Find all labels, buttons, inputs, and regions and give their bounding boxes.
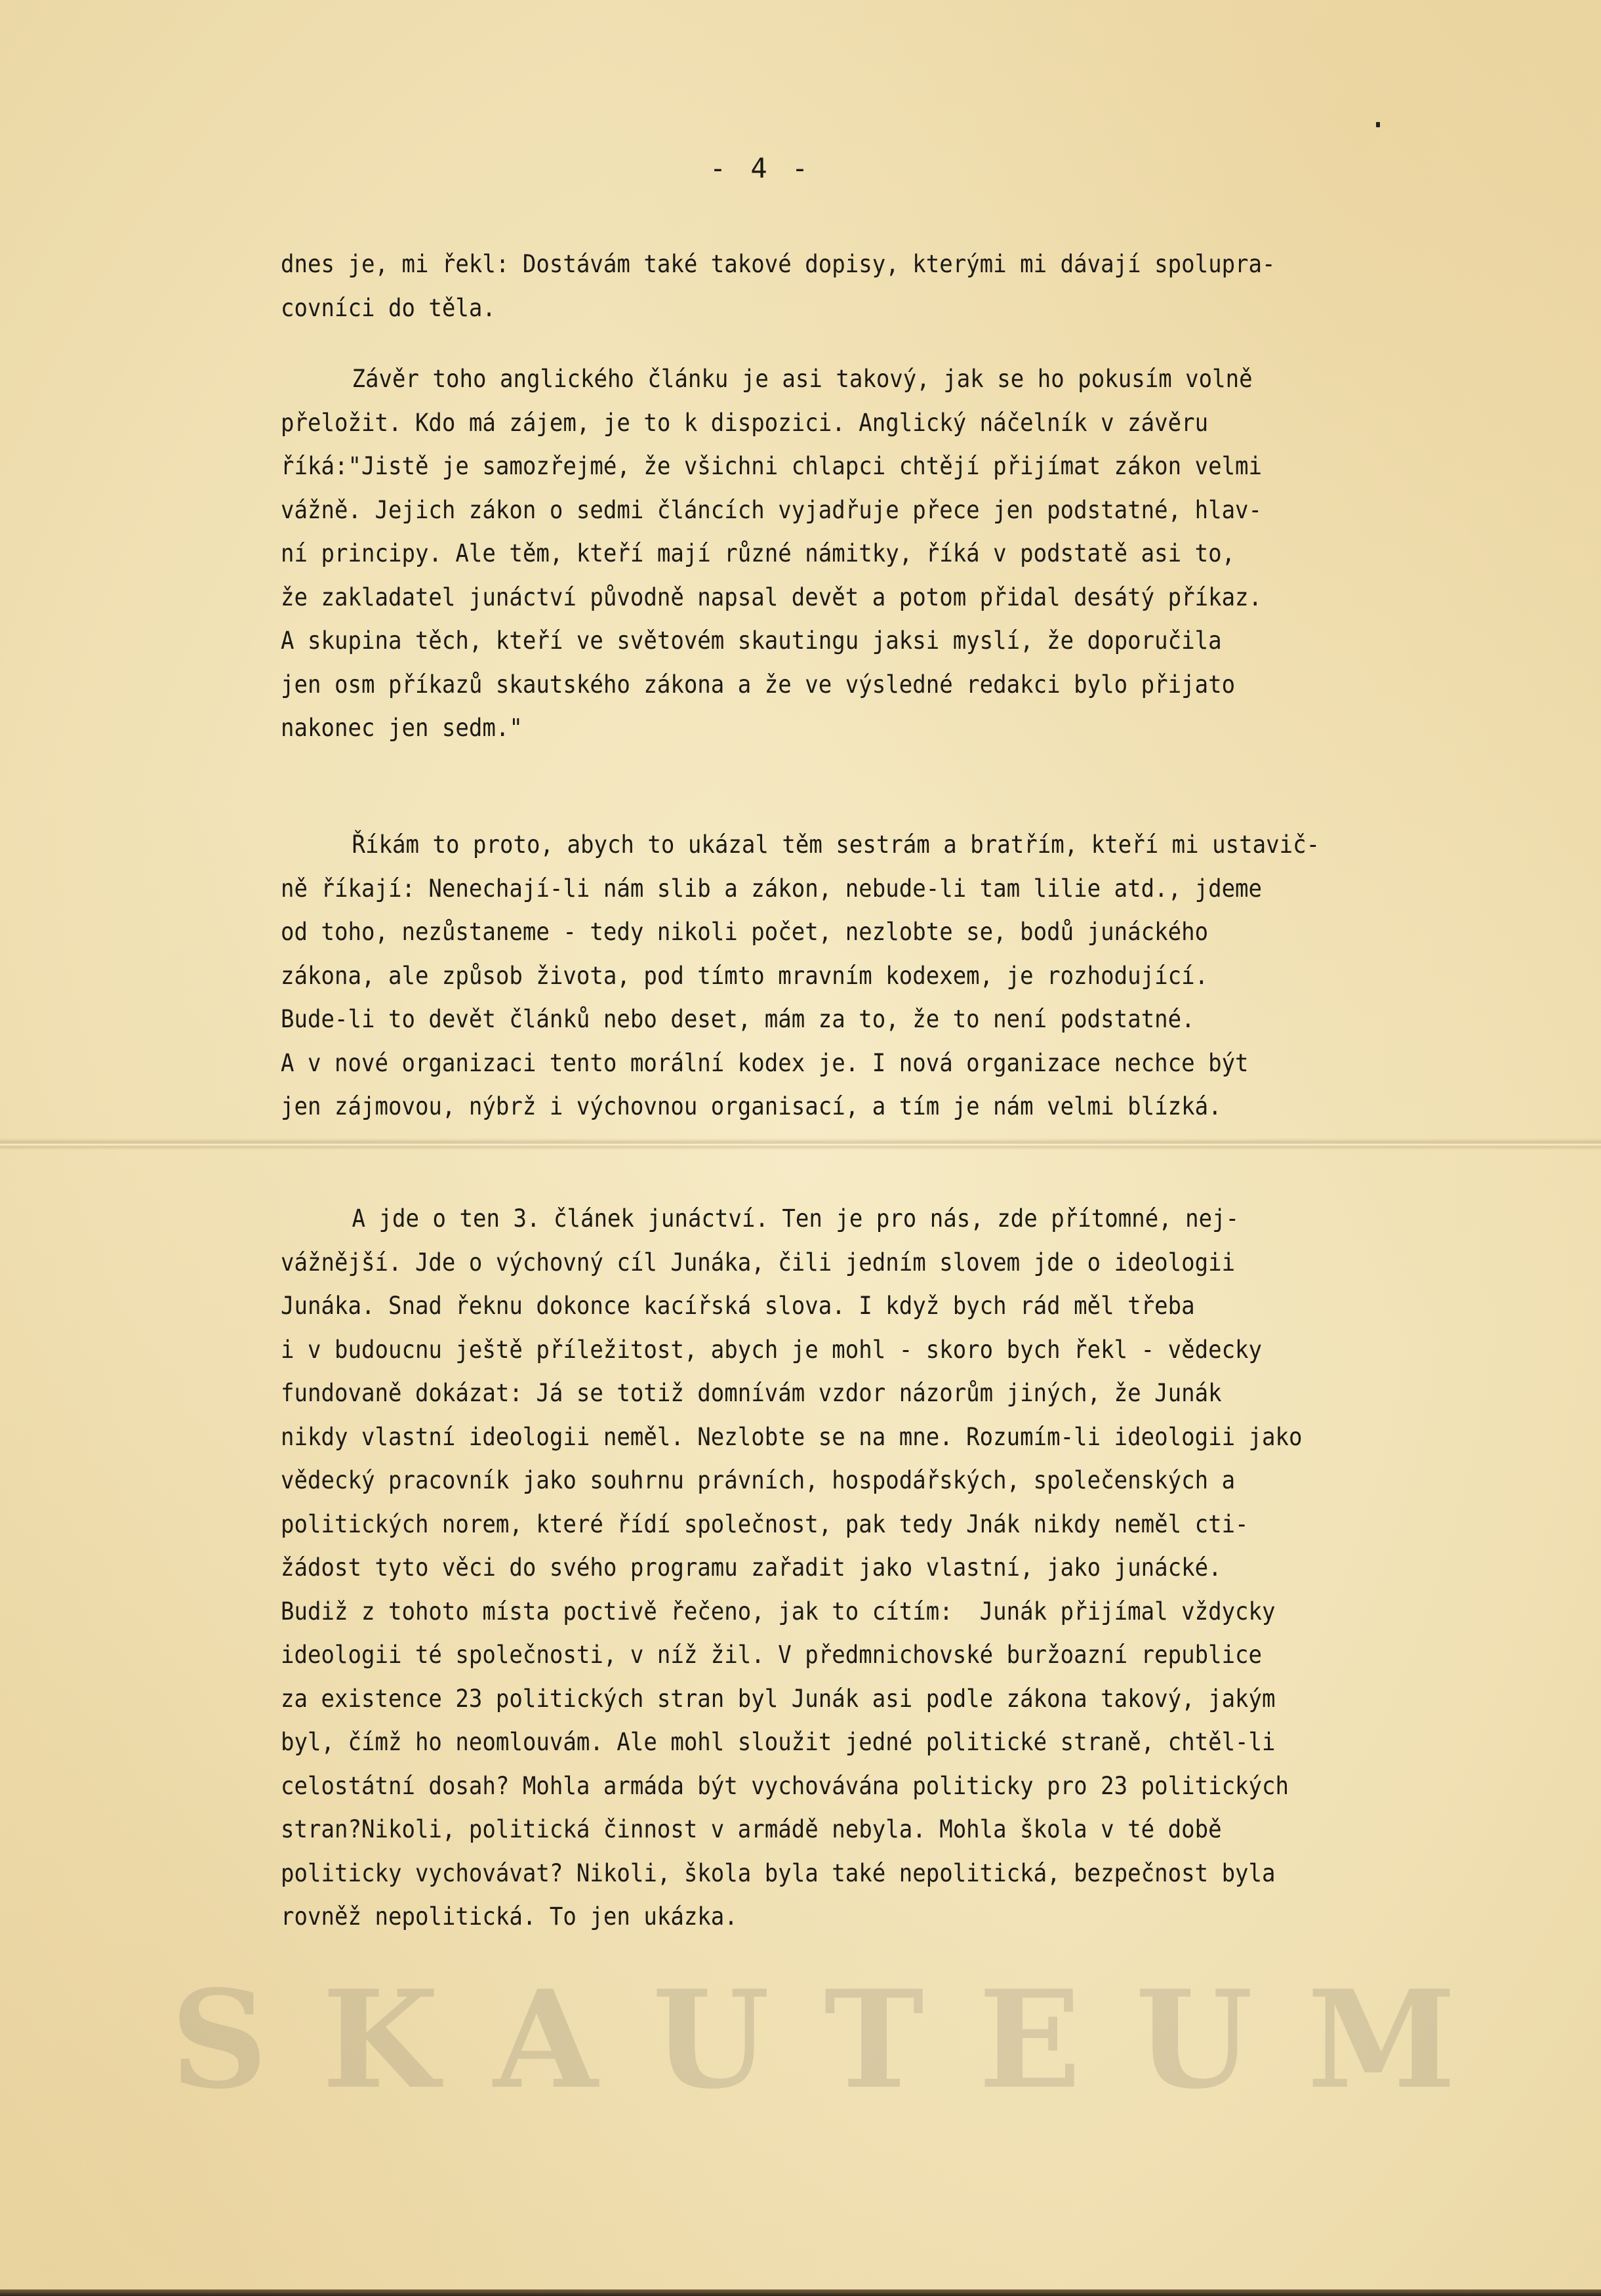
page-bottom-edge bbox=[0, 2289, 1601, 2296]
text-line: Závěr toho anglického článku je asi tako… bbox=[281, 358, 1355, 401]
text-line: říká:"Jistě je samozřejmé, že všichni ch… bbox=[281, 445, 1355, 489]
watermark-letter: K bbox=[322, 1961, 439, 2119]
text-line: že zakladatel junáctví původně napsal de… bbox=[281, 576, 1355, 620]
text-line: politických norem, které řídí společnost… bbox=[281, 1503, 1355, 1547]
text-line: A v nové organizaci tento morální kodex … bbox=[281, 1042, 1355, 1086]
text-line: Bude-li to devět článků nebo deset, mám … bbox=[281, 998, 1355, 1042]
text-line: ideologii té společnosti, v níž žil. V p… bbox=[281, 1633, 1355, 1677]
text-line: Říkám to proto, abych to ukázal těm sest… bbox=[281, 823, 1355, 867]
text-line: jen zájmovou, nýbrž i výchovnou organisa… bbox=[281, 1085, 1355, 1129]
text-line: vážně. Jejich zákon o sedmi článcích vyj… bbox=[281, 489, 1355, 533]
paragraph-2: Závěr toho anglického článku je asi tako… bbox=[281, 358, 1355, 750]
skauteum-watermark: S K A U T E U M bbox=[171, 1961, 1456, 2119]
text-line: za existence 23 politických stran byl Ju… bbox=[281, 1677, 1355, 1721]
page-number: - 4 - bbox=[695, 152, 826, 184]
text-line: A skupina těch, kteří ve světovém skauti… bbox=[281, 619, 1355, 663]
text-line: od toho, nezůstaneme - tedy nikoli počet… bbox=[281, 911, 1355, 954]
scanned-page: - 4 - dnes je, mi řekl: Dostávám také ta… bbox=[0, 0, 1601, 2296]
text-line: ní principy. Ale těm, kteří mají různé n… bbox=[281, 532, 1355, 576]
text-line: nikdy vlastní ideologii neměl. Nezlobte … bbox=[281, 1416, 1355, 1460]
paragraph-4: A jde o ten 3. článek junáctví. Ten je p… bbox=[281, 1197, 1355, 1939]
text-line: žádost tyto věci do svého programu zařad… bbox=[281, 1546, 1355, 1590]
text-line: Budiž z tohoto místa poctivě řečeno, jak… bbox=[281, 1590, 1355, 1634]
ink-speck bbox=[1376, 122, 1380, 127]
watermark-letter: T bbox=[824, 1961, 924, 2119]
text-line: A jde o ten 3. článek junáctví. Ten je p… bbox=[281, 1197, 1355, 1241]
watermark-letter: E bbox=[979, 1961, 1081, 2119]
text-line: fundovaně dokázat: Já se totiž domnívám … bbox=[281, 1372, 1355, 1416]
text-line: i v budoucnu ještě příležitost, abych je… bbox=[281, 1328, 1355, 1372]
watermark-letter: A bbox=[493, 1961, 598, 2119]
text-line: byl, čímž ho neomlouvám. Ale mohl slouži… bbox=[281, 1721, 1355, 1765]
text-line: přeložit. Kdo má zájem, je to k dispozic… bbox=[281, 401, 1355, 445]
text-line: zákona, ale způsob života, pod tímto mra… bbox=[281, 954, 1355, 998]
text-line: ně říkají: Nenechají-li nám slib a zákon… bbox=[281, 867, 1355, 911]
text-line: politicky vychovávat? Nikoli, škola byla… bbox=[281, 1852, 1355, 1896]
text-line: Junáka. Snad řeknu dokonce kacířská slov… bbox=[281, 1284, 1355, 1328]
text-line: dnes je, mi řekl: Dostávám také takové d… bbox=[281, 243, 1355, 287]
watermark-letter: U bbox=[652, 1961, 769, 2119]
watermark-letter: U bbox=[1135, 1961, 1253, 2119]
watermark-letter: M bbox=[1307, 1961, 1456, 2119]
text-line: vážnější. Jde o výchovný cíl Junáka, čil… bbox=[281, 1241, 1355, 1285]
paragraph-1: dnes je, mi řekl: Dostávám také takové d… bbox=[281, 243, 1355, 330]
text-line: vědecký pracovník jako souhrnu právních,… bbox=[281, 1459, 1355, 1503]
text-line: nakonec jen sedm." bbox=[281, 707, 1355, 750]
text-line: celostátní dosah? Mohla armáda být vycho… bbox=[281, 1765, 1355, 1809]
paper-fold-crease bbox=[0, 1138, 1601, 1150]
text-line: jen osm příkazů skautského zákona a že v… bbox=[281, 663, 1355, 707]
watermark-letter: S bbox=[171, 1961, 268, 2119]
text-line: covníci do těla. bbox=[281, 287, 1355, 331]
text-line: rovněž nepolitická. To jen ukázka. bbox=[281, 1895, 1355, 1939]
text-line: stran?Nikoli, politická činnost v armádě… bbox=[281, 1808, 1355, 1852]
paragraph-3: Říkám to proto, abych to ukázal těm sest… bbox=[281, 823, 1355, 1129]
